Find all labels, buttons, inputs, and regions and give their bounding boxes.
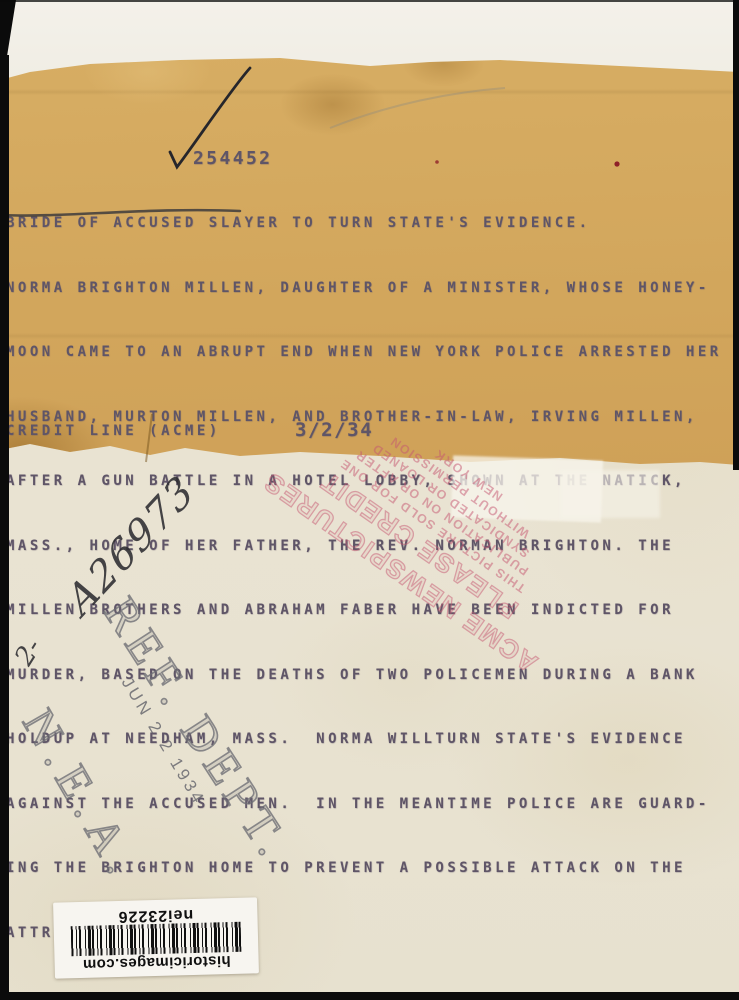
- pencil-arc-mark: [330, 88, 505, 128]
- red-ink-dot: [435, 160, 439, 164]
- barcode-sticker-content: historicimages.com nei23226: [53, 897, 259, 978]
- slip-crease: [146, 414, 152, 462]
- scan-edge-right: [733, 0, 739, 470]
- barcode-code-text: nei23226: [117, 905, 193, 925]
- press-photo-back-scan: { "caption_slip": { "file_number": "2544…: [0, 0, 739, 1000]
- underline-mark: [2, 210, 240, 215]
- paper-patch: [560, 470, 660, 518]
- scan-edge-left: [0, 55, 9, 1000]
- scan-edge-bottom: [0, 992, 739, 1000]
- barcode-sticker: historicimages.com nei23226: [53, 897, 259, 978]
- barcode: [71, 922, 242, 956]
- checkmark-icon: [170, 68, 250, 167]
- scan-edge-top: [0, 0, 739, 2]
- red-ink-dot: [614, 161, 619, 166]
